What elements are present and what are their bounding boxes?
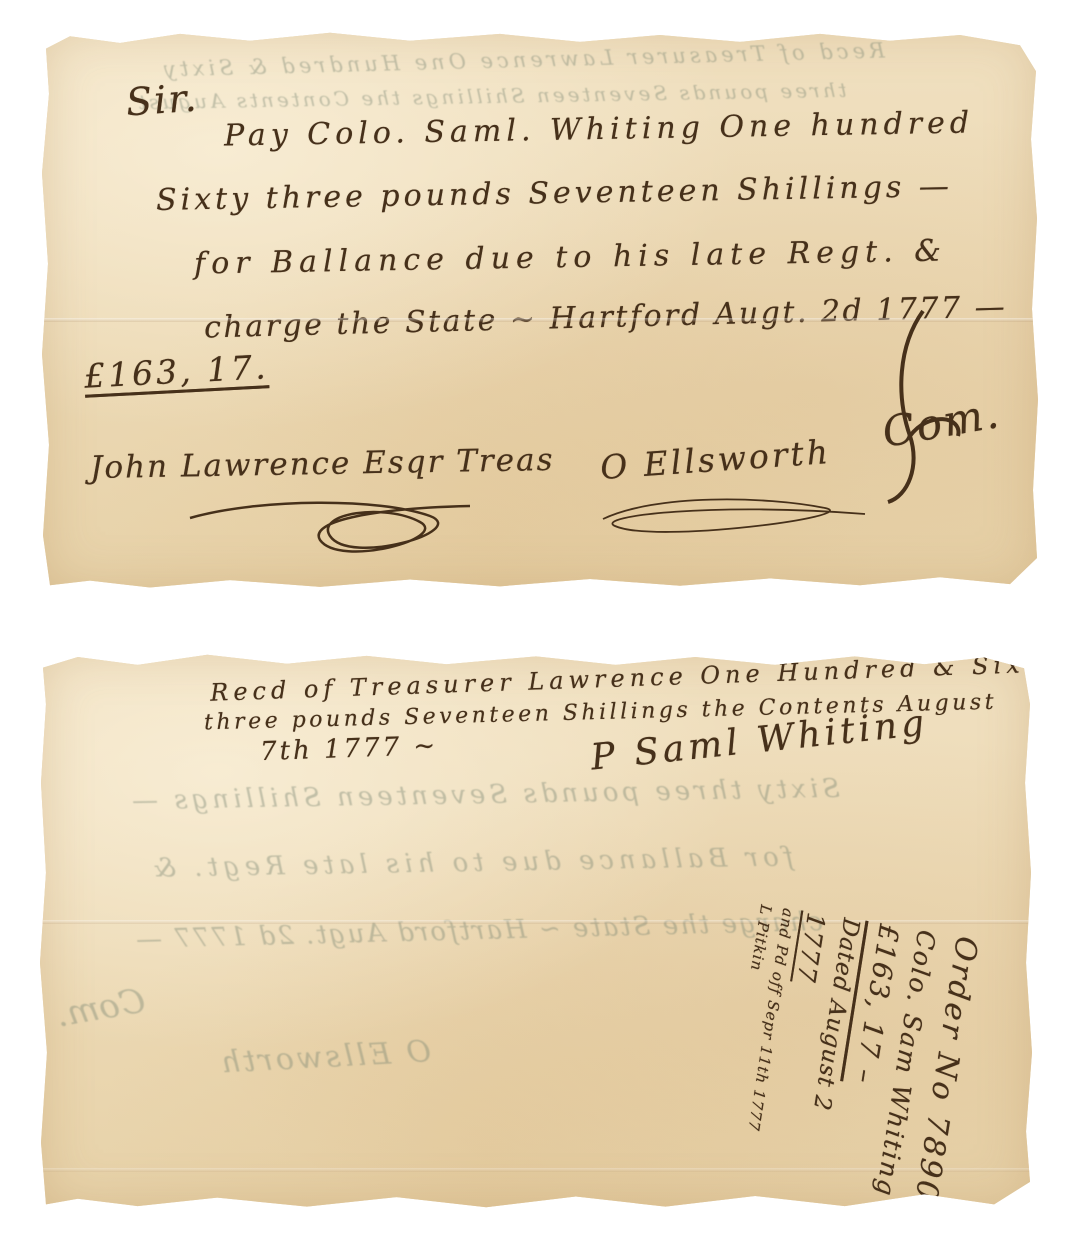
treasurer-signature: John Lawrence Esqr Treas <box>90 442 555 486</box>
bleedthrough-signature: O Ellsworth <box>217 1034 432 1080</box>
amount-figure: £163, 17. <box>83 347 269 396</box>
docket-endorsement: Order No 7890 Colo. Sam Whiting £163, 17… <box>714 903 988 1199</box>
bleedthrough-text: charge the State ~ Hartford Augt. 2d 177… <box>134 907 824 955</box>
bleedthrough-mark: Com. <box>53 981 148 1036</box>
salutation: Sir. <box>125 76 200 125</box>
pay-order-line: for Ballance due to his late Regt. & <box>194 233 947 281</box>
committee-swash-flourish <box>868 306 978 506</box>
signature-flourish <box>595 494 875 544</box>
pay-order-line: Pay Colo. Saml. Whiting One hundred <box>224 105 975 153</box>
pay-order-line: Sixty three pounds Seventeen Shillings — <box>156 169 953 218</box>
pay-order-document: Recd of Treasurer Lawrence One Hundred &… <box>40 26 1040 592</box>
bleedthrough-text: Recd of Treasurer Lawrence One Hundred &… <box>160 39 885 82</box>
bleedthrough-text: for Ballance due to his late Regt. & <box>148 842 794 883</box>
signature-flourish <box>180 488 480 568</box>
auditor-signature: O Ellsworth <box>599 432 832 487</box>
receipt-document: Recd of Treasurer Lawrence One Hundred &… <box>38 648 1034 1210</box>
receipt-line: 7th 1777 ~ <box>260 731 439 767</box>
bleedthrough-text: Sixty three pounds Seventeen Shillings — <box>128 774 840 816</box>
